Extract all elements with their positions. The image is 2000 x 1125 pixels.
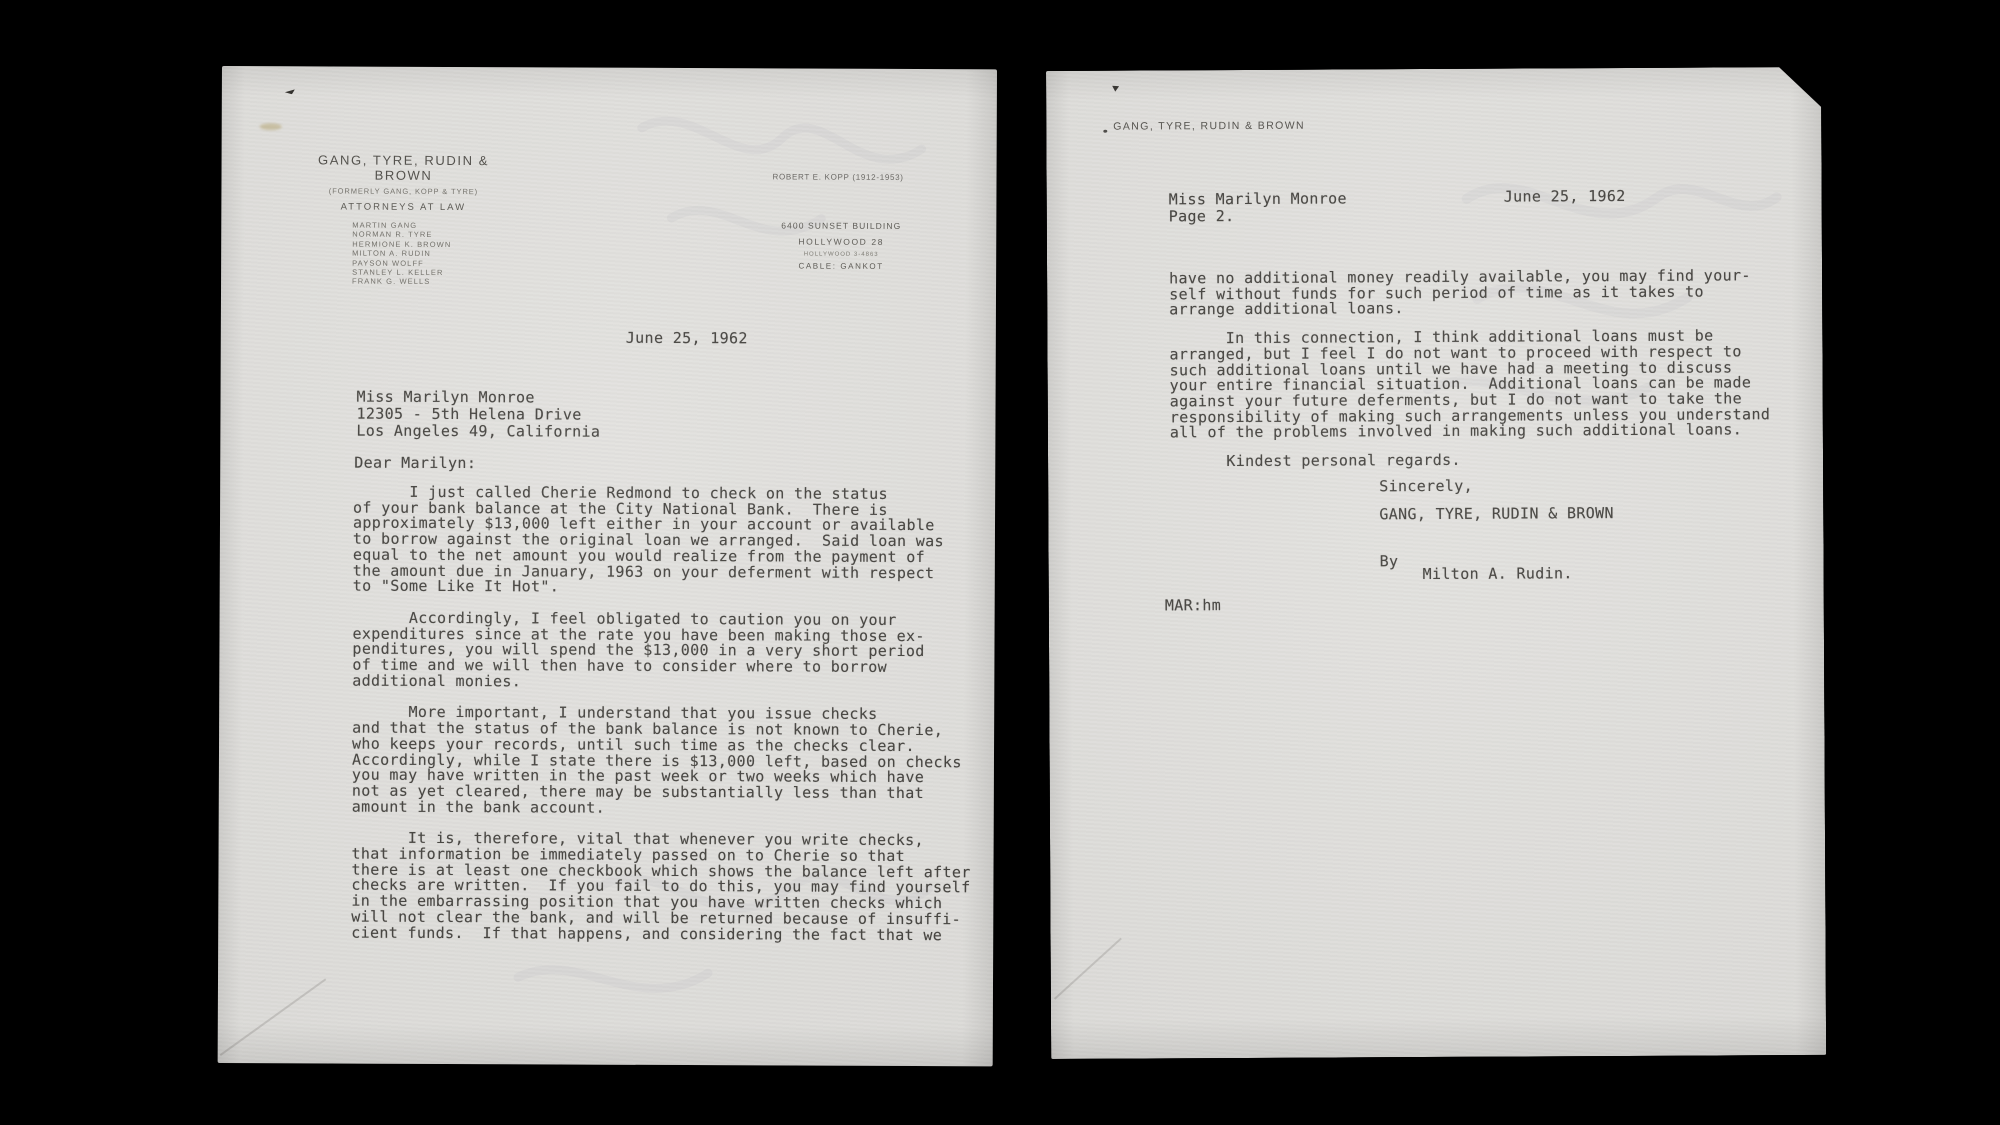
address-phone: HOLLYWOOD 3-4863 — [761, 251, 921, 258]
paragraph: In this connection, I think additional l… — [1169, 328, 1810, 441]
paragraph: More important, I understand that you is… — [352, 705, 992, 818]
photo-of-letter: { "colors": { "background": "#000000", "… — [0, 0, 2000, 1125]
ink-speck — [285, 89, 295, 94]
letter-page-2: GANG, TYRE, RUDIN & BROWN Miss Marilyn M… — [1046, 67, 1826, 1059]
letter-body-page-2: have no additional money readily availab… — [1169, 268, 1810, 483]
continuation-date: June 25, 1962 — [1504, 189, 1626, 205]
firm-name: GANG, TYRE, RUDIN & BROWN — [291, 152, 515, 183]
address-cable: CABLE: GANKOT — [761, 261, 921, 271]
firm-formerly-line: (FORMERLY GANG, KOPP & TYRE) — [291, 186, 515, 196]
closing-sincerely: Sincerely, — [1379, 479, 1473, 495]
ink-speck — [1103, 130, 1107, 133]
ink-speck — [1112, 86, 1119, 92]
memorial-line: ROBERT E. KOPP (1912-1953) — [773, 172, 904, 182]
paragraph: Accordingly, I feel obligated to caution… — [352, 610, 992, 691]
typist-reference: MAR:hm — [1165, 598, 1221, 614]
letter-date: June 25, 1962 — [626, 331, 748, 347]
attorney-name-list: MARTIN GANG NORMAN R. TYRE HERMIONE K. B… — [352, 221, 451, 287]
address-building: 6400 SUNSET BUILDING — [761, 220, 921, 231]
paragraph: It is, therefore, vital that whenever yo… — [351, 831, 991, 944]
paper-crease — [1054, 937, 1122, 999]
recipient-address-block: Miss Marilyn Monroe 12305 - 5th Helena D… — [356, 389, 600, 441]
letterhead: GANG, TYRE, RUDIN & BROWN (FORMERLY GANG… — [291, 152, 515, 213]
ghost-handwriting-showthrough — [1046, 67, 1826, 1059]
letter-page-1: GANG, TYRE, RUDIN & BROWN (FORMERLY GANG… — [218, 66, 997, 1066]
address-city: HOLLYWOOD 28 — [761, 236, 921, 247]
closing-firm-name: GANG, TYRE, RUDIN & BROWN — [1379, 506, 1614, 523]
paper-crease — [220, 978, 326, 1055]
paper-smudge — [260, 123, 282, 130]
paragraph: I just called Cherie Redmond to check on… — [353, 485, 993, 598]
letter-body-page-1: I just called Cherie Redmond to check on… — [351, 485, 993, 960]
closing-by-label: By — [1380, 554, 1399, 570]
closing-regards: Kindest personal regards. — [1170, 451, 1810, 470]
firm-address-block: 6400 SUNSET BUILDING HOLLYWOOD 28 HOLLYW… — [761, 220, 921, 271]
paragraph: have no additional money readily availab… — [1169, 268, 1809, 318]
continuation-letterhead: GANG, TYRE, RUDIN & BROWN — [1113, 120, 1305, 133]
attorneys-at-law-line: ATTORNEYS AT LAW — [291, 201, 515, 213]
closing-signer-name: Milton A. Rudin. — [1423, 566, 1573, 582]
continuation-recipient-block: Miss Marilyn Monroe Page 2. — [1169, 190, 1347, 224]
salutation: Dear Marilyn: — [354, 456, 476, 472]
